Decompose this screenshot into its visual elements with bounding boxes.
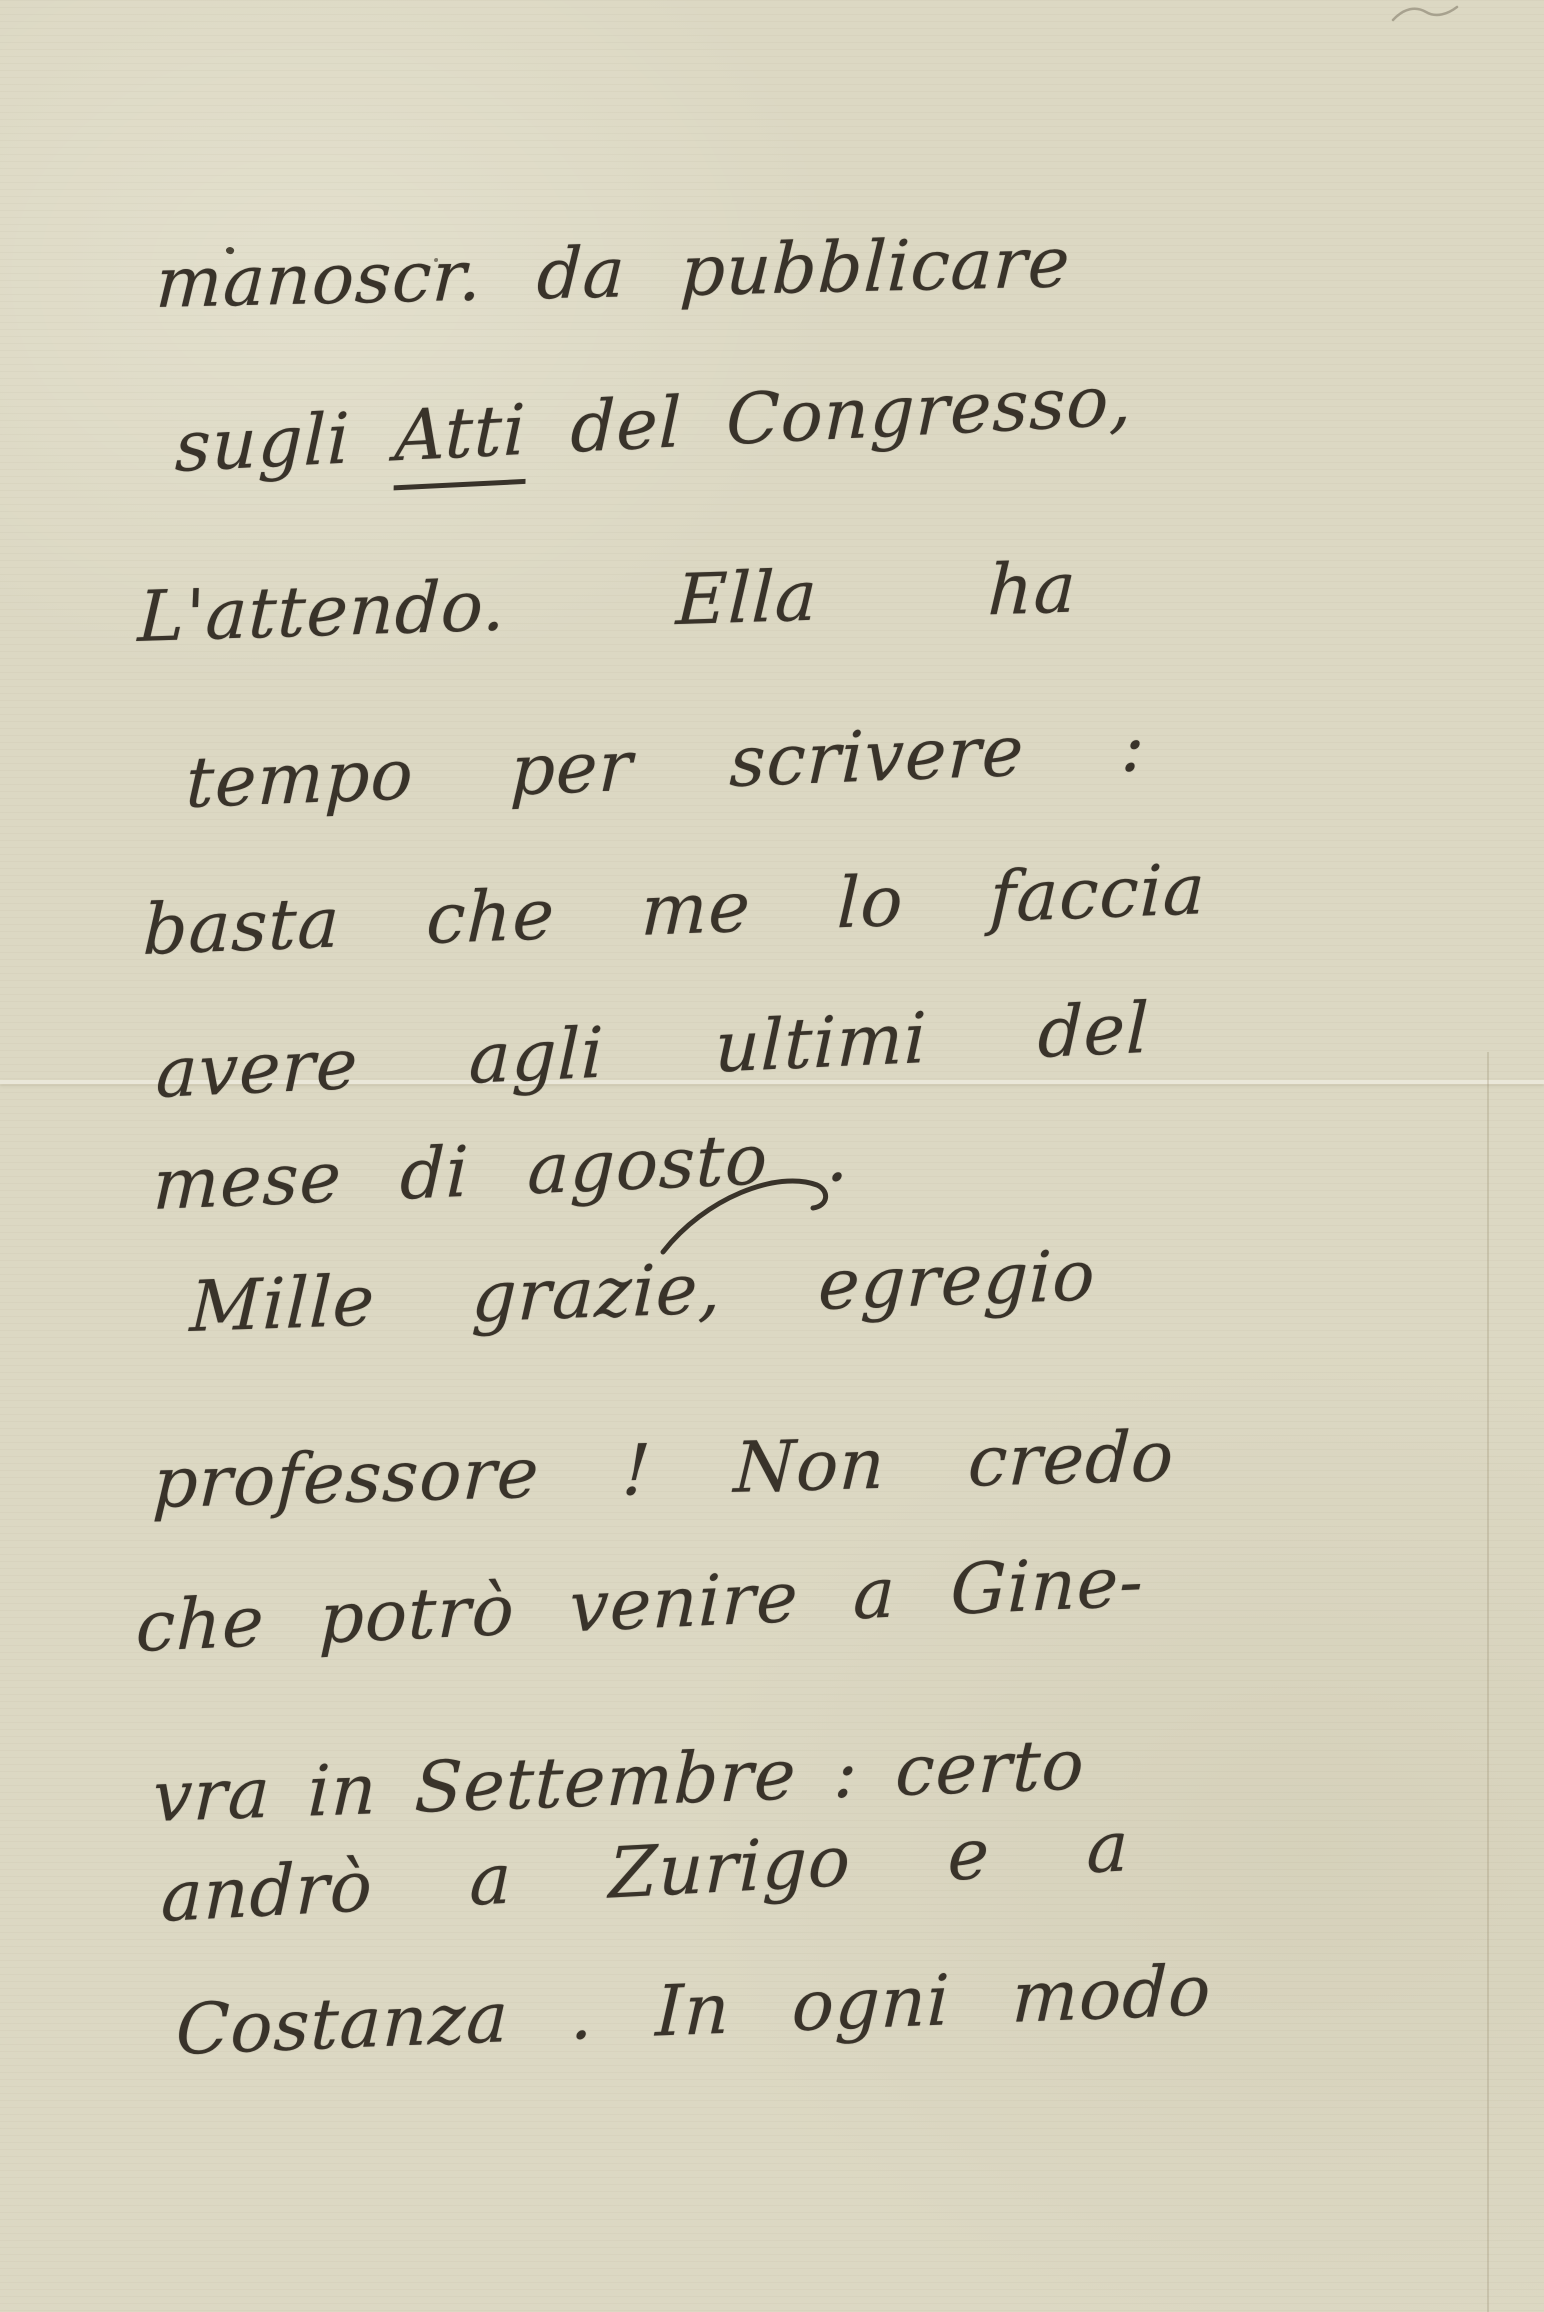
handwritten-line-13: Costanza . In ogni modo xyxy=(175,1955,1213,2065)
ink-speck xyxy=(434,258,438,262)
underlined-word: Atti xyxy=(393,389,527,491)
line-text: avere agli ultimi del xyxy=(155,987,1151,1114)
line-text: basta che me lo faccia xyxy=(142,848,1207,971)
handwritten-line-01: manoscr. da pubblicare xyxy=(154,227,1072,318)
line-text: tempo per scrivere : xyxy=(185,705,1147,824)
line-text: Mille grazie, egregio xyxy=(189,1234,1098,1348)
handwritten-line-03: L'attendo. Ella ha xyxy=(137,552,1078,652)
handwritten-line-09: professore ! Non credo xyxy=(151,1421,1175,1518)
handwritten-line-05: basta che me lo faccia xyxy=(142,854,1207,965)
line-text: professore ! Non credo xyxy=(151,1415,1176,1524)
line-text: L'attendo. Ella ha xyxy=(136,546,1078,658)
pen-flourish-stroke xyxy=(655,1158,845,1270)
letter-page: manoscr. da pubblicare sugli Atti del Co… xyxy=(0,0,1544,2312)
handwritten-line-02: sugli Atti del Congresso, xyxy=(174,365,1133,482)
handwritten-line-04: tempo per scrivere : xyxy=(185,711,1147,818)
page-edge-line xyxy=(1487,1052,1489,2312)
handwritten-line-10: che potrò venire a Gine- xyxy=(135,1546,1145,1662)
line-text: del Congresso, xyxy=(526,359,1134,471)
line-text: manoscr. da pubblicare xyxy=(154,221,1072,324)
line-text: Costanza . In ogni modo xyxy=(175,1949,1213,2071)
handwritten-line-08: Mille grazie, egregio xyxy=(189,1240,1097,1342)
corner-pen-mark xyxy=(1390,2,1460,28)
line-text: sugli xyxy=(174,395,395,488)
line-text: che potrò venire a Gine- xyxy=(135,1540,1145,1668)
handwritten-line-06: avere agli ultimi del xyxy=(155,993,1150,1108)
